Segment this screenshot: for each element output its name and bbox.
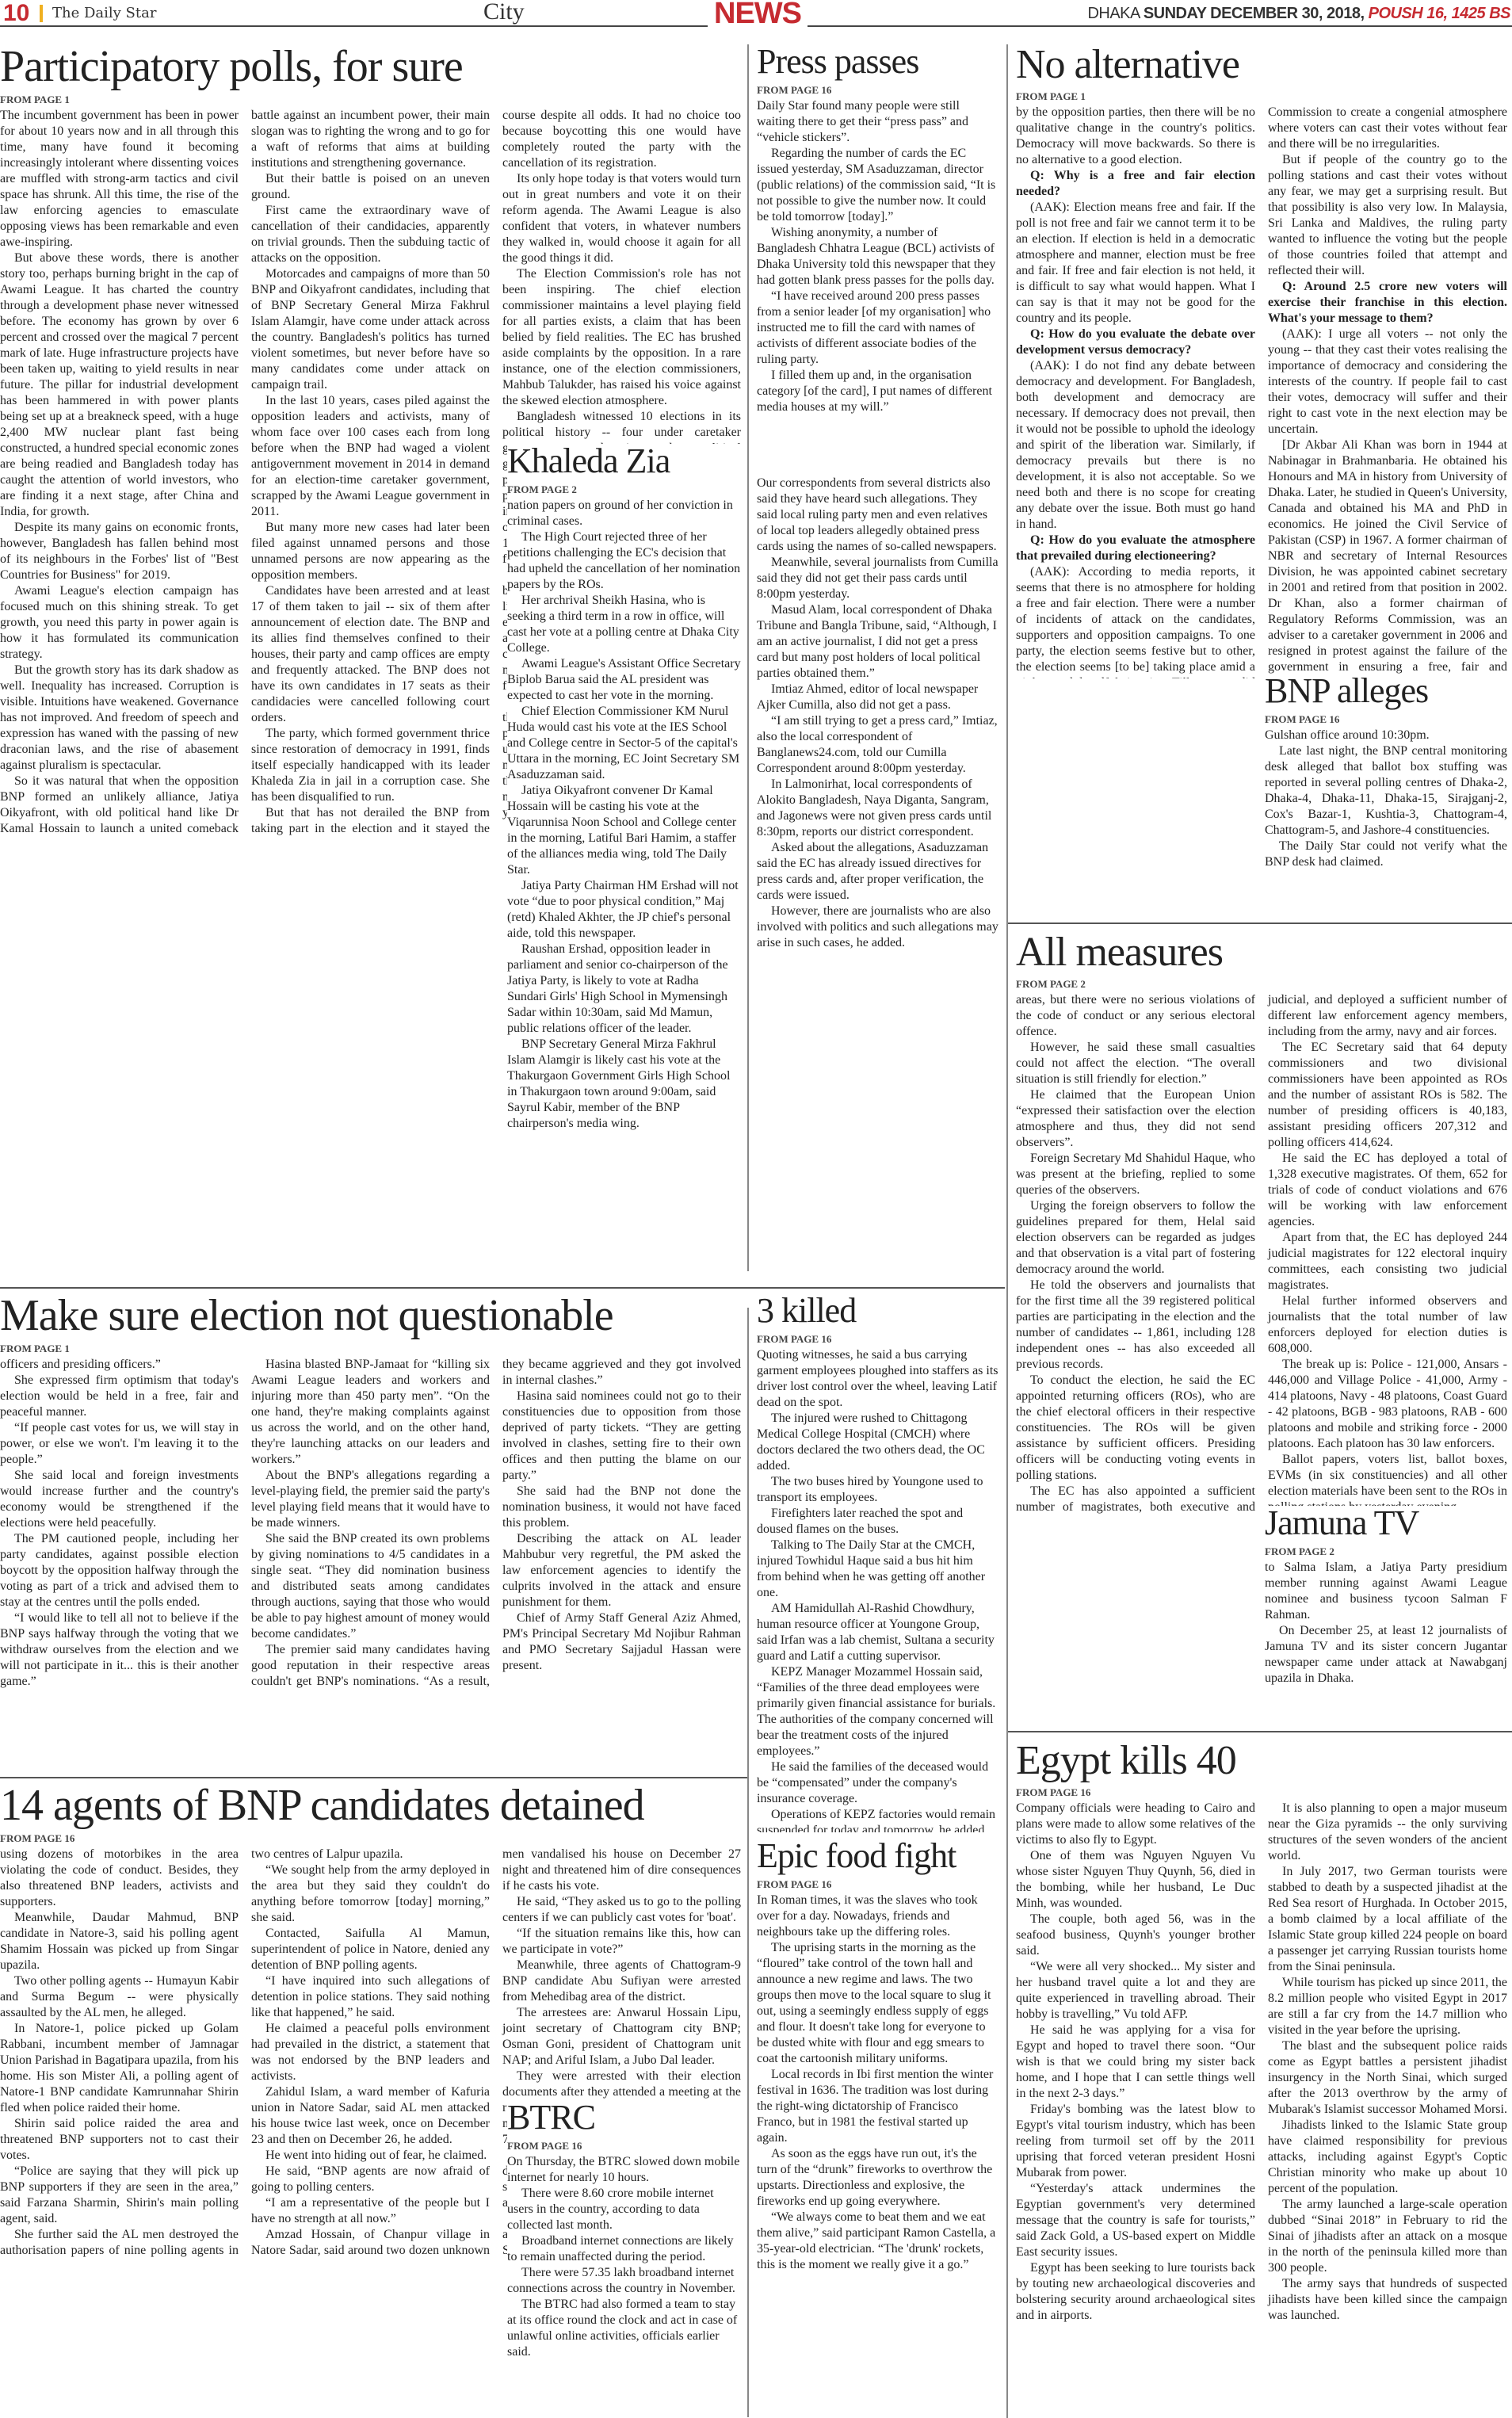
paragraph: It is also planning to open a major muse…	[1268, 1801, 1507, 1864]
paper-logo: The Daily Star	[52, 3, 156, 24]
paragraph: Masud Alam, local correspondent of Dhaka…	[757, 602, 998, 682]
headline: Make sure election not questionable	[0, 1293, 741, 1338]
paragraph: But the growth story has its dark shadow…	[0, 663, 239, 774]
question: Q: How do you evaluate the atmosphere th…	[1016, 533, 1255, 564]
from-page-label: FROM PAGE 2	[507, 483, 741, 496]
paragraph: I filled them up and, in the organisatio…	[757, 368, 998, 415]
paragraph: Shirin said police raided the area and t…	[0, 2116, 239, 2164]
paragraph: “We always come to beat them and we eat …	[757, 2210, 998, 2273]
headline: Jamuna TV	[1265, 1506, 1507, 1541]
paragraph: Imtiaz Ahmed, editor of local newspaper …	[757, 682, 998, 713]
paragraph: She said had the BNP not done the nomina…	[502, 1484, 741, 1531]
paragraph: She said local and foreign investments w…	[0, 1468, 239, 1531]
paragraph: nation papers on ground of her convictio…	[507, 498, 741, 529]
paragraph: Jihadists linked to the Islamic State gr…	[1268, 2118, 1507, 2197]
dateline: DHAKA SUNDAY DECEMBER 30, 2018, POUSH 16…	[1087, 2, 1510, 25]
paragraph: The army launched a large-scale operatio…	[1268, 2197, 1507, 2276]
headline: Participatory polls, for sure	[0, 44, 741, 89]
paragraph: The arrestees are: Anwarul Hossain Lipu,…	[502, 2005, 741, 2068]
section-rule	[1008, 1731, 1512, 1732]
paragraph: Wishing anonymity, a number of Banglades…	[757, 225, 998, 288]
column-rule	[747, 1308, 749, 2417]
paragraph: She expressed firm optimism that today's…	[0, 1373, 239, 1420]
paragraph: areas, but there were no serious violati…	[1016, 992, 1255, 1040]
from-page-label: FROM PAGE 2	[1016, 978, 1507, 991]
paragraph: He went into hiding out of fear, he clai…	[251, 2148, 490, 2164]
paragraph: While tourism has picked up since 2011, …	[1268, 1975, 1507, 2038]
paragraph: Friday's bombing was the latest blow to …	[1016, 2102, 1255, 2181]
headline: Epic food fight	[757, 1839, 998, 1874]
question: Q: How do you evaluate the debate over d…	[1016, 327, 1255, 358]
paragraph: “If people cast votes for us, we will st…	[0, 1420, 239, 1468]
paragraph: Her archrival Sheikh Hasina, who is seek…	[507, 593, 741, 656]
paragraph: But many more new cases had later been f…	[251, 520, 490, 583]
paragraph: Candidates have been arrested and at lea…	[251, 583, 490, 726]
article-bnp-alleges: BNP alleges FROM PAGE 16 Gulshan office …	[1265, 674, 1507, 919]
paragraph: The uprising starts in the morning as th…	[757, 1940, 998, 2067]
paragraph: Awami League's election campaign has foc…	[0, 583, 239, 663]
paragraph: Meanwhile, Daudar Mahmud, BNP candidate …	[0, 1910, 239, 1973]
paragraph: Jatiya Party Chairman HM Ershad will not…	[507, 878, 741, 942]
paragraph: Zahidul Islam, a ward member of Kafuria …	[251, 2084, 490, 2148]
headline: 3 killed	[757, 1293, 998, 1328]
paragraph: The couple, both aged 56, was in the sea…	[1016, 1912, 1255, 1959]
paragraph: The two buses hired by Youngone used to …	[757, 1474, 998, 1506]
paragraph: Urging the foreign observers to follow t…	[1016, 1198, 1255, 1278]
paragraph: Daily Star found many people were still …	[757, 98, 998, 146]
masthead: 10 The Daily Star City NEWS DHAKA SUNDAY…	[0, 0, 1512, 27]
article-body: In Roman times, it was the slaves who to…	[757, 1893, 998, 2273]
paragraph: by the opposition parties, then there wi…	[1016, 105, 1255, 168]
paragraph: He said, “BNP agents are now afraid of g…	[251, 2164, 490, 2195]
paragraph: “I am still trying to get a press card,”…	[757, 713, 998, 777]
paragraph: Firefighters later reached the spot and …	[757, 1506, 998, 1538]
paragraph: Regarding the number of cards the EC iss…	[757, 146, 998, 225]
paragraph: Raushan Ershad, opposition leader in par…	[507, 942, 741, 1037]
page-number: 10	[3, 0, 29, 27]
paragraph: Meanwhile, three agents of Chattogram-9 …	[502, 1958, 741, 2005]
paragraph: There were 57.35 lakh broadband internet…	[507, 2265, 741, 2297]
paragraph: (AAK): I urge all voters -- not only the…	[1268, 327, 1507, 437]
article-press-passes: Press passes FROM PAGE 16 Daily Star fou…	[757, 44, 998, 472]
article-body: On Thursday, the BTRC slowed down mobile…	[507, 2154, 741, 2360]
paragraph: Contacted, Saifulla Al Mamun, superinten…	[251, 1926, 490, 1973]
paragraph: Quoting witnesses, he said a bus carryin…	[757, 1347, 998, 1411]
paragraph: However, there are journalists who are a…	[757, 903, 998, 951]
article-epic-food-fight: Epic food fight FROM PAGE 16 In Roman ti…	[757, 1839, 998, 2417]
article-body: nation papers on ground of her convictio…	[507, 498, 741, 1132]
paragraph: Apart from that, the EC has deployed 244…	[1268, 1230, 1507, 1293]
paragraph: “I would like to tell all not to believe…	[0, 1610, 239, 1690]
paragraph: But if people of the country go to the p…	[1268, 152, 1507, 279]
article-egypt-kills-40: Egypt kills 40 FROM PAGE 16 Company offi…	[1016, 1740, 1507, 2418]
section-rule	[0, 1287, 1005, 1289]
paragraph: Awami League's Assistant Office Secretar…	[507, 656, 741, 704]
paragraph: He said the families of the deceased wou…	[757, 1759, 998, 1807]
from-page-label: FROM PAGE 1	[0, 94, 741, 106]
paragraph: Gulshan office around 10:30pm.	[1265, 728, 1507, 743]
paragraph: To conduct the election, he said the EC …	[1016, 1373, 1255, 1484]
paragraph: He said, “They asked us to go to the pol…	[502, 1894, 741, 1926]
article-make-sure-election: Make sure election not questionable FROM…	[0, 1293, 741, 1774]
paragraph: to Salma Islam, a Jatiya Party presidium…	[1265, 1560, 1507, 1623]
paragraph: officers and presiding officers.”	[0, 1357, 239, 1373]
from-page-label: FROM PAGE 16	[1016, 1786, 1507, 1799]
paragraph: The High Court rejected three of her pet…	[507, 529, 741, 593]
paragraph: AM Hamidullah Al-Rashid Chowdhury, human…	[757, 1601, 998, 1664]
article-body: Quoting witnesses, he said a bus carryin…	[757, 1347, 998, 1832]
paragraph: Meanwhile, several journalists from Cumi…	[757, 555, 998, 602]
paragraph: The incumbent government has been in pow…	[0, 108, 239, 250]
from-page-label: FROM PAGE 2	[1265, 1545, 1507, 1558]
question: Q: Why is a free and fair election neede…	[1016, 168, 1255, 200]
paragraph: In Roman times, it was the slaves who to…	[757, 1893, 998, 1940]
dateline-bengali: POUSH 16, 1425 BS	[1369, 5, 1510, 22]
paragraph: Helal further informed observers and jou…	[1268, 1293, 1507, 1357]
paragraph: Foreign Secretary Md Shahidul Haque, who…	[1016, 1151, 1255, 1198]
paragraph: On Thursday, the BTRC slowed down mobile…	[507, 2154, 741, 2186]
headline: BTRC	[507, 2100, 741, 2135]
paragraph: The Daily Star could not verify what the…	[1265, 838, 1507, 870]
paragraph: But their battle is poised on an uneven …	[251, 171, 490, 203]
from-page-label: FROM PAGE 16	[757, 84, 998, 97]
section-rule	[1008, 923, 1512, 924]
paragraph: The Election Commission's role has not b…	[502, 266, 741, 409]
section-label: NEWS	[708, 0, 808, 30]
paragraph: He told the observers and journalists th…	[1016, 1278, 1255, 1373]
article-body: Company officials were heading to Cairo …	[1016, 1801, 1507, 2418]
article-khaleda-zia: Khaleda Zia FROM PAGE 2 nation papers on…	[507, 444, 741, 1284]
headline: Press passes	[757, 44, 998, 79]
paragraph: The break up is: Police - 121,000, Ansar…	[1268, 1357, 1507, 1452]
paragraph: “I am a representative of the people but…	[251, 2195, 490, 2227]
paragraph: But above these words, there is another …	[0, 250, 239, 520]
from-page-label: FROM PAGE 16	[757, 1878, 998, 1891]
paragraph: Company officials were heading to Cairo …	[1016, 1801, 1255, 1848]
from-page-label: FROM PAGE 16	[757, 1333, 998, 1346]
paragraph: Hasina said nominees could not go to the…	[502, 1389, 741, 1484]
headline: Egypt kills 40	[1016, 1740, 1507, 1782]
paragraph: Chief Election Commissioner KM Nurul Hud…	[507, 704, 741, 783]
paragraph: “Yesterday's attack undermines the Egypt…	[1016, 2181, 1255, 2260]
masthead-divider	[40, 5, 43, 22]
paragraph: Operations of KEPZ factories would remai…	[757, 1807, 998, 1832]
paragraph: Broadband internet connections are likel…	[507, 2233, 741, 2265]
paragraph: As soon as the eggs have run out, it's t…	[757, 2146, 998, 2210]
paragraph: Local records in Ibi first mention the w…	[757, 2067, 998, 2146]
paragraph: “We sought help from the army deployed i…	[251, 1862, 490, 1926]
paragraph: In Lalmonirhat, local correspondents of …	[757, 777, 998, 840]
dateline-city: DHAKA	[1087, 5, 1139, 22]
paragraph: The army says that hundreds of suspected…	[1268, 2276, 1507, 2324]
paragraph: Despite its many gains on economic front…	[0, 520, 239, 583]
paragraph: Hasina blasted BNP-Jamaat for “killing s…	[251, 1357, 490, 1468]
paragraph: (AAK): I do not find any debate between …	[1016, 358, 1255, 533]
paragraph: About the BNP's allegations regarding a …	[251, 1468, 490, 1531]
paragraph: “Police are saying that they will pick u…	[0, 2164, 239, 2227]
paragraph: There were 8.60 crore mobile internet us…	[507, 2186, 741, 2233]
paragraph: He claimed that the European Union “expr…	[1016, 1087, 1255, 1151]
section-name: City	[483, 0, 525, 25]
article-body: Our correspondents from several district…	[757, 476, 998, 951]
paragraph: One of them was Nguyen Nguyen Vu whose s…	[1016, 1848, 1255, 1912]
article-3-killed: 3 killed FROM PAGE 16 Quoting witnesses,…	[757, 1293, 998, 1832]
dateline-date: SUNDAY DECEMBER 30, 2018,	[1144, 5, 1365, 22]
paragraph: “I have received around 200 press passes…	[757, 288, 998, 368]
paragraph: However, he said these small casualties …	[1016, 1040, 1255, 1087]
paragraph: On December 25, at least 12 journalists …	[1265, 1623, 1507, 1686]
article-no-alternative: No alternative FROM PAGE 1 by the opposi…	[1016, 44, 1507, 678]
paragraph: First came the extraordinary wave of can…	[251, 203, 490, 266]
article-jamuna-tv: Jamuna TV FROM PAGE 2 to Salma Islam, a …	[1265, 1506, 1507, 1728]
headline: Khaleda Zia	[507, 444, 741, 479]
column-rule	[747, 44, 749, 1271]
section-rule	[0, 1777, 747, 1778]
paragraph: He said the EC has deployed a total of 1…	[1268, 1151, 1507, 1230]
paragraph: Talking to The Daily Star at the CMCH, i…	[757, 1538, 998, 1601]
headline: No alternative	[1016, 44, 1507, 86]
paragraph: KEPZ Manager Mozammel Hossain said, “Fam…	[757, 1664, 998, 1759]
article-body: Daily Star found many people were still …	[757, 98, 998, 415]
from-page-label: FROM PAGE 1	[1016, 90, 1507, 103]
paragraph: She said the BNP created its own problem…	[251, 1531, 490, 1642]
article-btrc: BTRC FROM PAGE 16 On Thursday, the BTRC …	[507, 2100, 741, 2417]
paragraph: He claimed a peaceful polls environment …	[251, 2021, 490, 2084]
article-press-passes-continued: Our correspondents from several district…	[757, 476, 998, 1284]
paragraph: In July 2017, two German tourists were s…	[1268, 1864, 1507, 1975]
question: Q: Around 2.5 crore new voters will exer…	[1268, 279, 1507, 327]
from-page-label: FROM PAGE 16	[1265, 713, 1507, 726]
paragraph: The EC Secretary said that 64 deputy com…	[1268, 1040, 1507, 1151]
from-page-label: FROM PAGE 16	[0, 1832, 741, 1845]
paragraph: The party, which formed government thric…	[251, 726, 490, 805]
paragraph: Two other polling agents -- Humayun Kabi…	[0, 1973, 239, 2021]
headline: All measures	[1016, 932, 1507, 973]
paragraph: “If the situation remains like this, how…	[502, 1926, 741, 1958]
article-body: by the opposition parties, then there wi…	[1016, 105, 1507, 678]
paragraph: Jatiya Oikyafront convener Dr Kamal Hoss…	[507, 783, 741, 878]
from-page-label: FROM PAGE 16	[507, 2140, 741, 2153]
paragraph: Our correspondents from several district…	[757, 476, 998, 555]
paragraph: The PM cautioned people, including her p…	[0, 1531, 239, 1610]
paragraph: “I have inquired into such allegations o…	[251, 1973, 490, 2021]
paragraph: In Natore-1, police picked up Golam Rabb…	[0, 2021, 239, 2116]
article-body: Gulshan office around 10:30pm. Late last…	[1265, 728, 1507, 870]
column-rule	[1006, 44, 1008, 2418]
paragraph: Egypt has been seeking to lure tourists …	[1016, 2260, 1255, 2324]
headline: 14 agents of BNP candidates detained	[0, 1783, 741, 1828]
paragraph: Late last night, the BNP central monitor…	[1265, 743, 1507, 838]
paragraph: Describing the attack on AL leader Mahbu…	[502, 1531, 741, 1610]
paragraph: (AAK): Election means free and fair. If …	[1016, 200, 1255, 327]
paragraph: Its only hope today is that voters would…	[502, 171, 741, 266]
article-body: to Salma Islam, a Jatiya Party presidium…	[1265, 1560, 1507, 1686]
paragraph: [Dr Akbar Ali Khan was born in 1944 at N…	[1268, 437, 1507, 678]
paragraph: Chief of Army Staff General Aziz Ahmed, …	[502, 1610, 741, 1674]
paragraph: He said he was applying for a visa for E…	[1016, 2023, 1255, 2102]
paragraph: Motorcades and campaigns of more than 50…	[251, 266, 490, 393]
paragraph: The blast and the subsequent police raid…	[1268, 2038, 1507, 2118]
paragraph: The injured were rushed to Chittagong Me…	[757, 1411, 998, 1474]
paragraph: BNP Secretary General Mirza Fakhrul Isla…	[507, 1037, 741, 1132]
paragraph: The BTRC had also formed a team to stay …	[507, 2297, 741, 2360]
paragraph: using dozens of motorbikes in the area v…	[0, 1847, 239, 1910]
paragraph: “We were all very shocked... My sister a…	[1016, 1959, 1255, 2023]
from-page-label: FROM PAGE 1	[0, 1343, 741, 1355]
paragraph: Asked about the allegations, Asaduzzaman…	[757, 840, 998, 903]
headline: BNP alleges	[1265, 674, 1507, 709]
paragraph: In the last 10 years, cases piled agains…	[251, 393, 490, 520]
article-body: officers and presiding officers.” She ex…	[0, 1357, 741, 1769]
